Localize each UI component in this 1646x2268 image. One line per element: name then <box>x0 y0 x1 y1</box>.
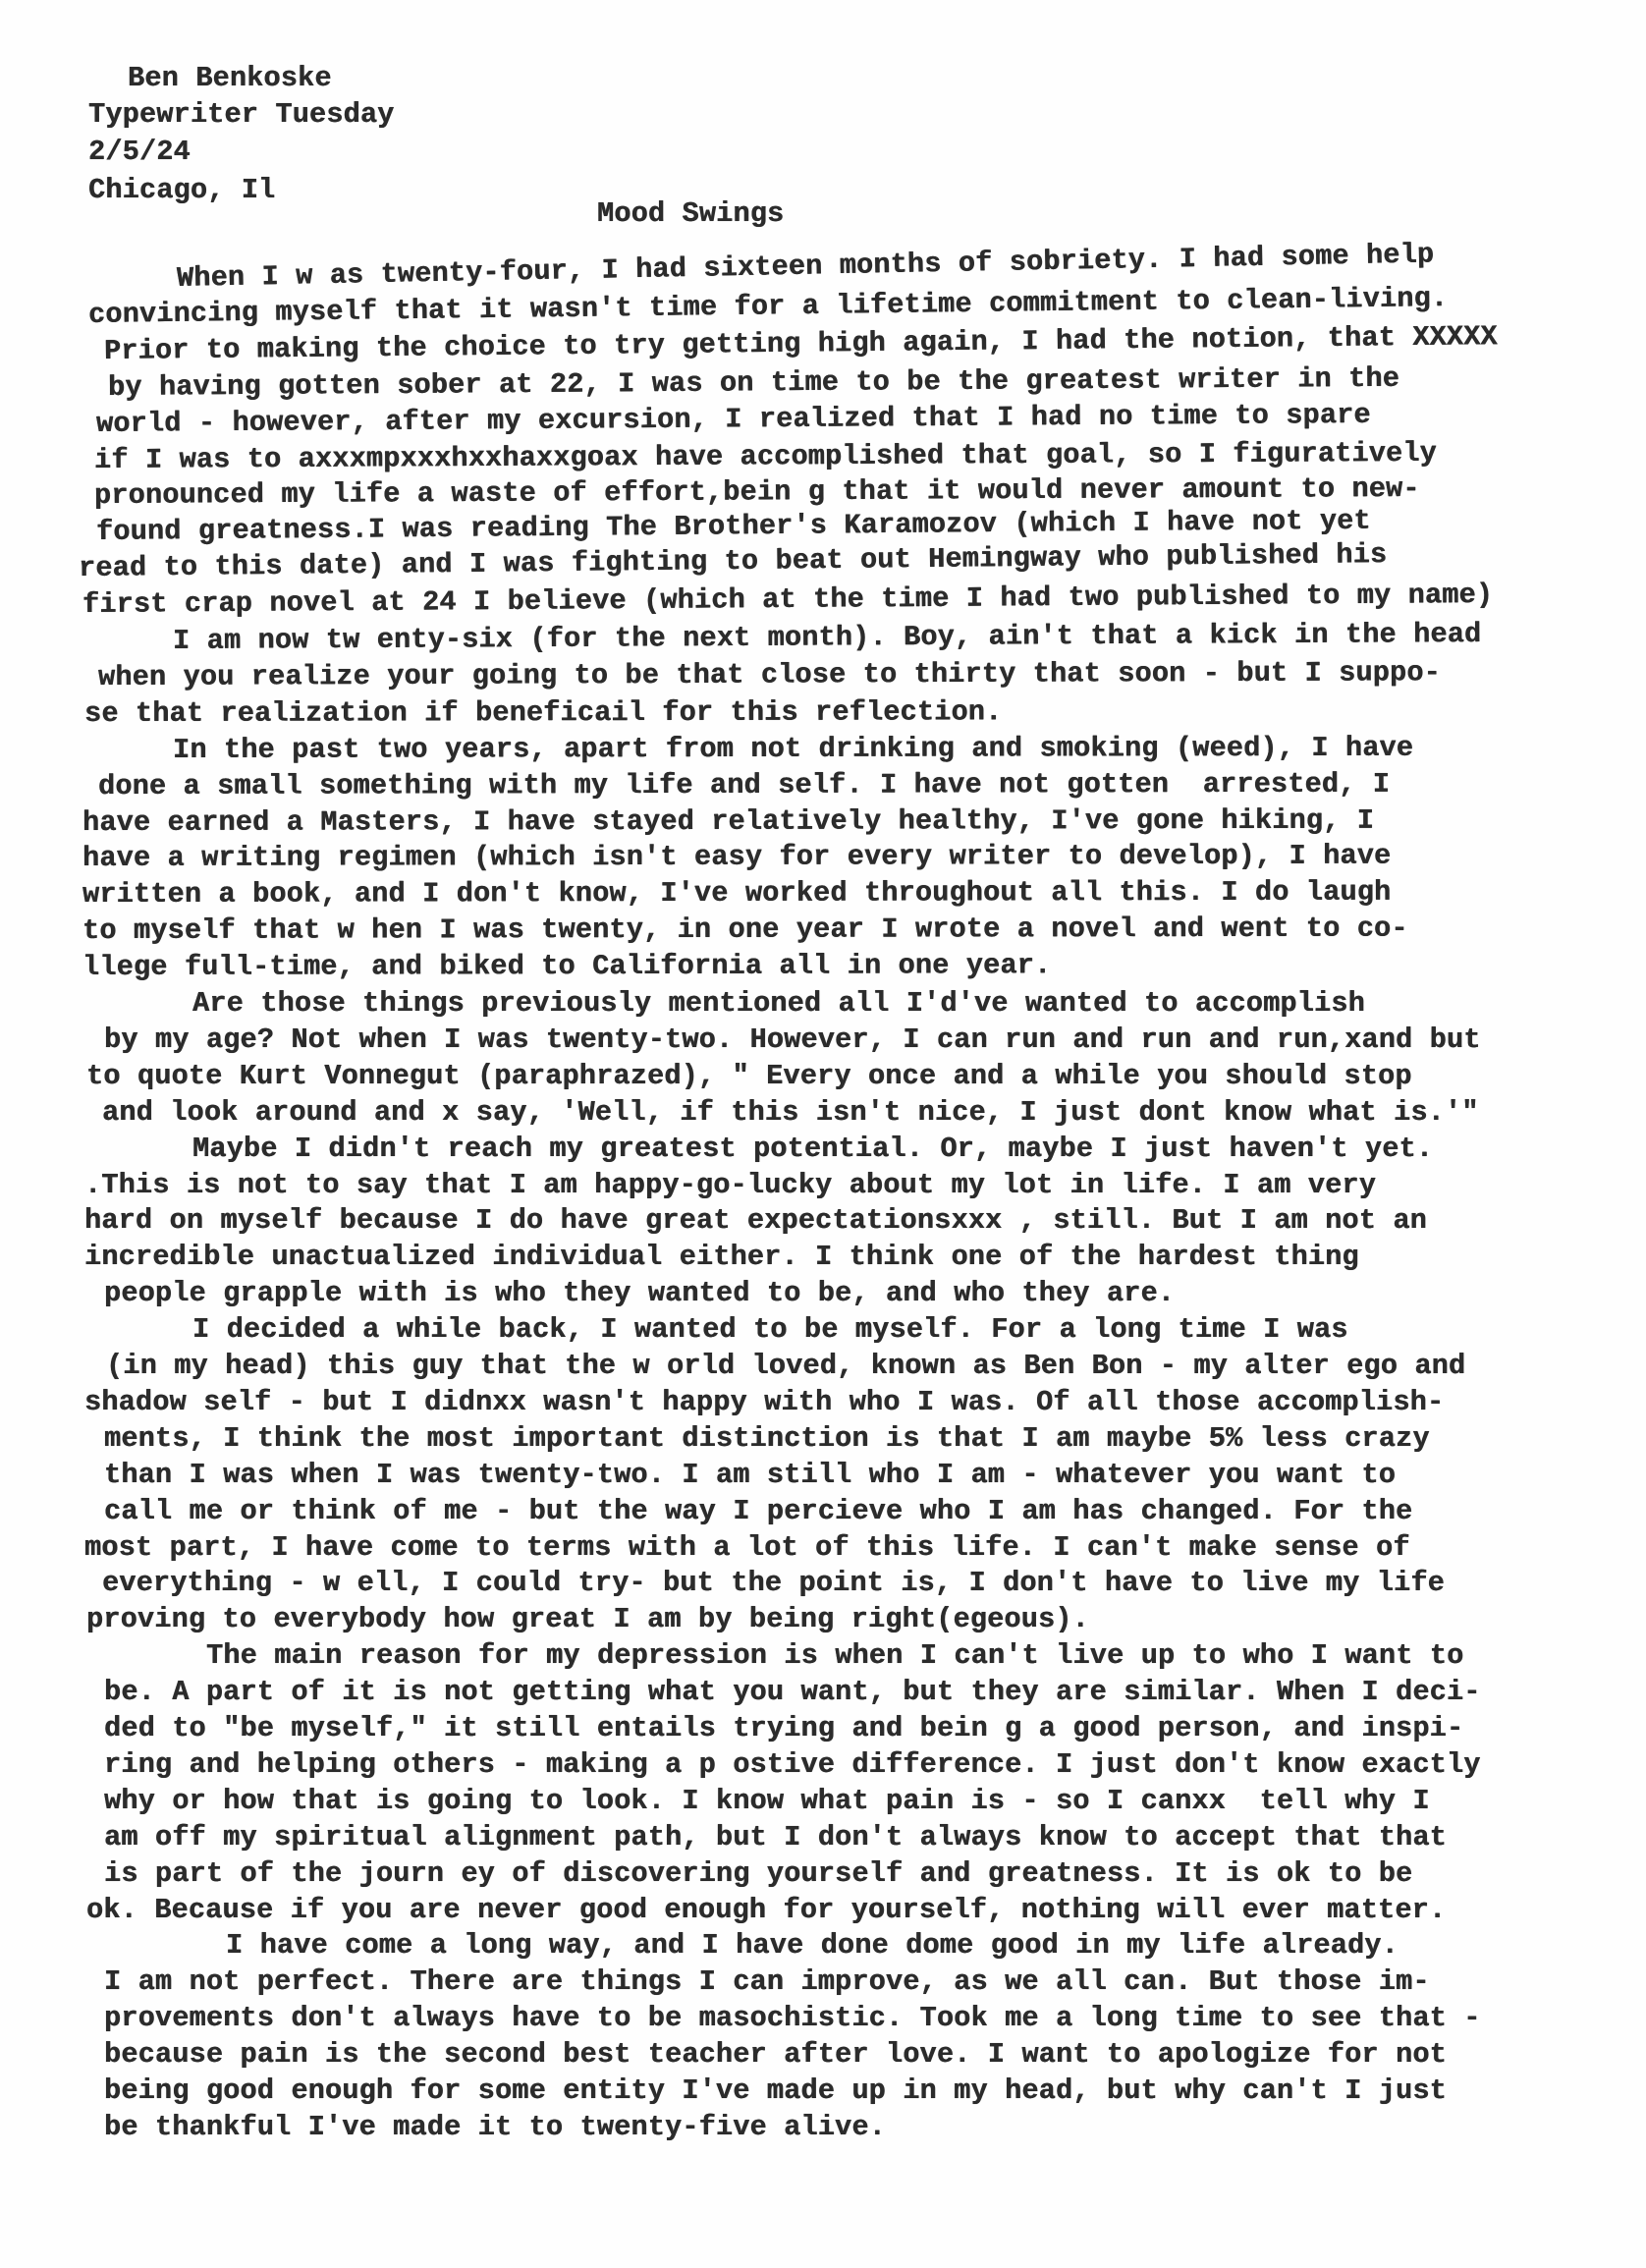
text-line: I am now tw enty-six (for the next month… <box>173 617 1481 659</box>
text-line: done a small something with my life and … <box>98 766 1390 803</box>
text-line: than I was when I was twenty-two. I am s… <box>104 1458 1396 1493</box>
series-name: Typewriter Tuesday <box>88 97 394 133</box>
text-line: and look around and x say, 'Well, if thi… <box>102 1095 1479 1131</box>
text-line: I have come a long way, and I have done … <box>226 1928 1399 1964</box>
text-line: In the past two years, apart from not dr… <box>173 730 1413 767</box>
text-line: why or how that is going to look. I know… <box>104 1784 1430 1819</box>
date: 2/5/24 <box>88 135 191 170</box>
text-line: first crap novel at 24 I believe (which … <box>82 578 1493 623</box>
text-line: The main reason for my depression is whe… <box>206 1638 1463 1674</box>
text-line: se that realization if beneficail for th… <box>84 694 1002 732</box>
text-line: is part of the journ ey of discovering y… <box>104 1856 1412 1892</box>
text-line: being good enough for some entity I've m… <box>104 2074 1447 2109</box>
text-line: I am not perfect. There are things I can… <box>104 1964 1430 2000</box>
text-line: have a writing regimen (which isn't easy… <box>82 839 1391 876</box>
text-line: ded to "be myself," it still entails try… <box>104 1711 1463 1746</box>
text-line: (in my head) this guy that the w orld lo… <box>106 1349 1465 1384</box>
typewritten-page: Ben Benkoske Typewriter Tuesday 2/5/24 C… <box>0 0 1646 2268</box>
text-line: I decided a while back, I wanted to be m… <box>192 1312 1348 1348</box>
text-line: ring and helping others - making a p ost… <box>104 1747 1481 1783</box>
text-line: incredible unactualized individual eithe… <box>84 1240 1359 1275</box>
text-line: Are those things previously mentioned al… <box>192 986 1365 1022</box>
text-line: Maybe I didn't reach my greatest potenti… <box>192 1132 1433 1167</box>
text-line: ments, I think the most important distin… <box>104 1421 1430 1457</box>
text-line: proving to everybody how great I am by b… <box>86 1602 1089 1637</box>
text-line: am off my spiritual alignment path, but … <box>104 1820 1447 1855</box>
text-line: have earned a Masters, I have stayed rel… <box>82 802 1374 840</box>
document-title: Mood Swings <box>597 196 784 232</box>
text-line: by my age? Not when I was twenty-two. Ho… <box>104 1023 1481 1058</box>
text-line: to quote Kurt Vonnegut (paraphrazed), " … <box>86 1059 1412 1094</box>
text-line: be. A part of it is not getting what you… <box>104 1675 1481 1710</box>
text-line: because pain is the second best teacher … <box>104 2037 1447 2073</box>
text-line: hard on myself because I do have great e… <box>84 1203 1427 1239</box>
text-line: provements don't always have to be masoc… <box>104 2001 1481 2036</box>
text-line: .This is not to say that I am happy-go-l… <box>84 1168 1376 1203</box>
author-name: Ben Benkoske <box>128 61 332 96</box>
text-line: to myself that w hen I was twenty, in on… <box>82 912 1408 949</box>
text-line: shadow self - but I didnxx wasn't happy … <box>84 1385 1444 1420</box>
text-line: when you realize your going to be that c… <box>98 655 1441 695</box>
text-line: be thankful I've made it to twenty-five … <box>104 2110 886 2145</box>
text-line: most part, I have come to terms with a l… <box>84 1530 1410 1566</box>
text-line: ok. Because if you are never good enough… <box>86 1893 1446 1928</box>
text-line: everything - w ell, I could try- but the… <box>102 1566 1445 1601</box>
text-line: people grapple with is who they wanted t… <box>104 1276 1175 1311</box>
location: Chicago, Il <box>88 173 275 208</box>
text-line: llege full-time, and biked to California… <box>82 948 1051 985</box>
text-line: call me or think of me - but the way I p… <box>104 1494 1412 1529</box>
text-line: written a book, and I don't know, I've w… <box>82 875 1391 913</box>
